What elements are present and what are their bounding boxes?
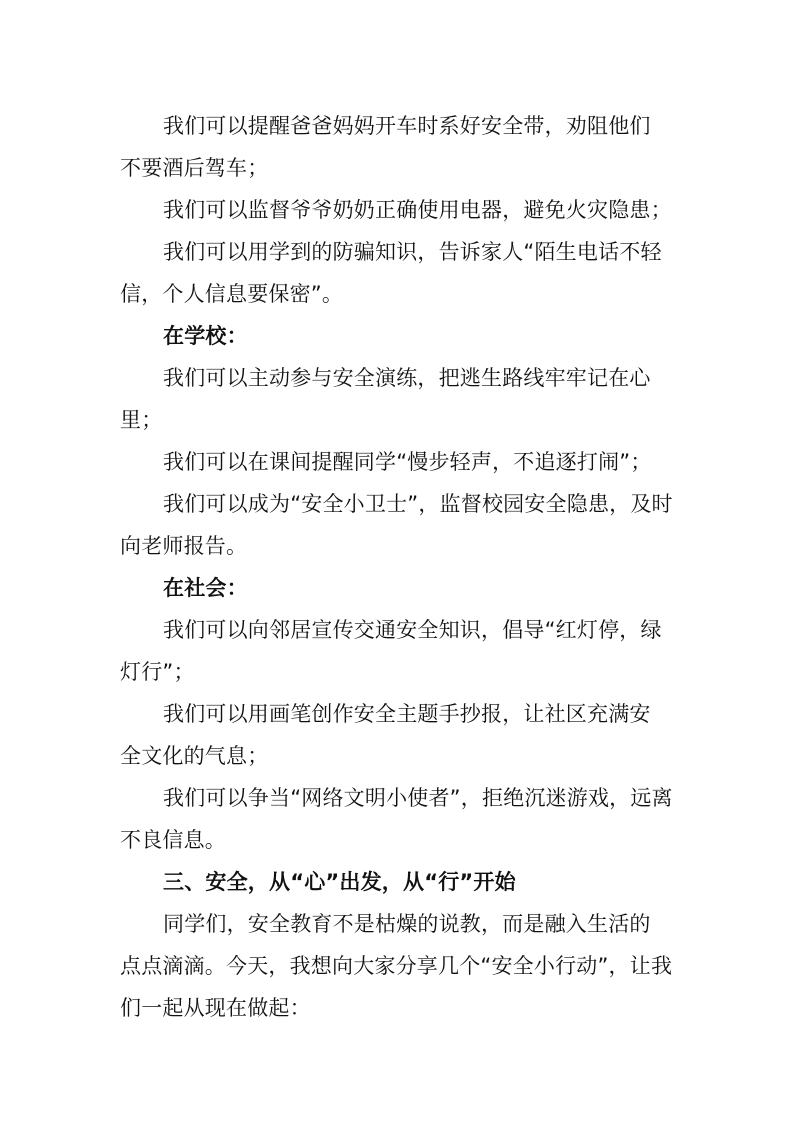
paragraph-school-guard: 我们可以成为“安全小卫士”，监督校园安全隐患，及时	[163, 490, 673, 518]
paragraph-society-poster-cont: 全文化的气息；	[120, 742, 268, 770]
paragraph-family-seatbelt-cont: 不要酒后驾车；	[120, 154, 268, 182]
paragraph-society-internet: 我们可以争当“网络文明小使者”，拒绝沉迷游戏，远离	[163, 784, 673, 812]
paragraph-intro-actions-cont-2: 们一起从现在做起：	[120, 994, 311, 1022]
subheading-school: 在学校：	[163, 322, 248, 350]
paragraph-society-traffic: 我们可以向邻居宣传交通安全知识，倡导“红灯停，绿	[163, 616, 662, 644]
paragraph-society-internet-cont: 不良信息。	[120, 826, 226, 854]
paragraph-family-fraud-cont: 信，个人信息要保密”。	[120, 280, 343, 308]
paragraph-school-drill-cont: 里；	[120, 406, 162, 434]
paragraph-society-traffic-cont: 灯行”；	[120, 658, 195, 686]
subheading-society: 在社会：	[163, 574, 248, 602]
paragraph-school-guard-cont: 向老师报告。	[120, 532, 247, 560]
paragraph-family-seatbelt: 我们可以提醒爸爸妈妈开车时系好安全带，劝阻他们	[163, 112, 651, 140]
paragraph-family-electrical: 我们可以监督爷爷奶奶正确使用电器，避免火灾隐患；	[163, 196, 672, 224]
paragraph-intro-actions-cont-1: 点点滴滴。今天，我想向大家分享几个“安全小行动”，让我	[120, 952, 672, 980]
paragraph-school-recess: 我们可以在课间提醒同学“慢步轻声，不追逐打闹”；	[163, 448, 652, 476]
paragraph-family-fraud: 我们可以用学到的防骗知识，告诉家人“陌生电话不轻	[163, 238, 662, 266]
section-heading-three: 三、安全，从“心”出发，从“行”开始	[163, 868, 516, 896]
paragraph-society-poster: 我们可以用画笔创作安全主题手抄报，让社区充满安	[163, 700, 651, 728]
paragraph-intro-actions: 同学们，安全教育不是枯燥的说教，而是融入生活的	[163, 910, 651, 938]
paragraph-school-drill: 我们可以主动参与安全演练，把逃生路线牢牢记在心	[163, 364, 651, 392]
